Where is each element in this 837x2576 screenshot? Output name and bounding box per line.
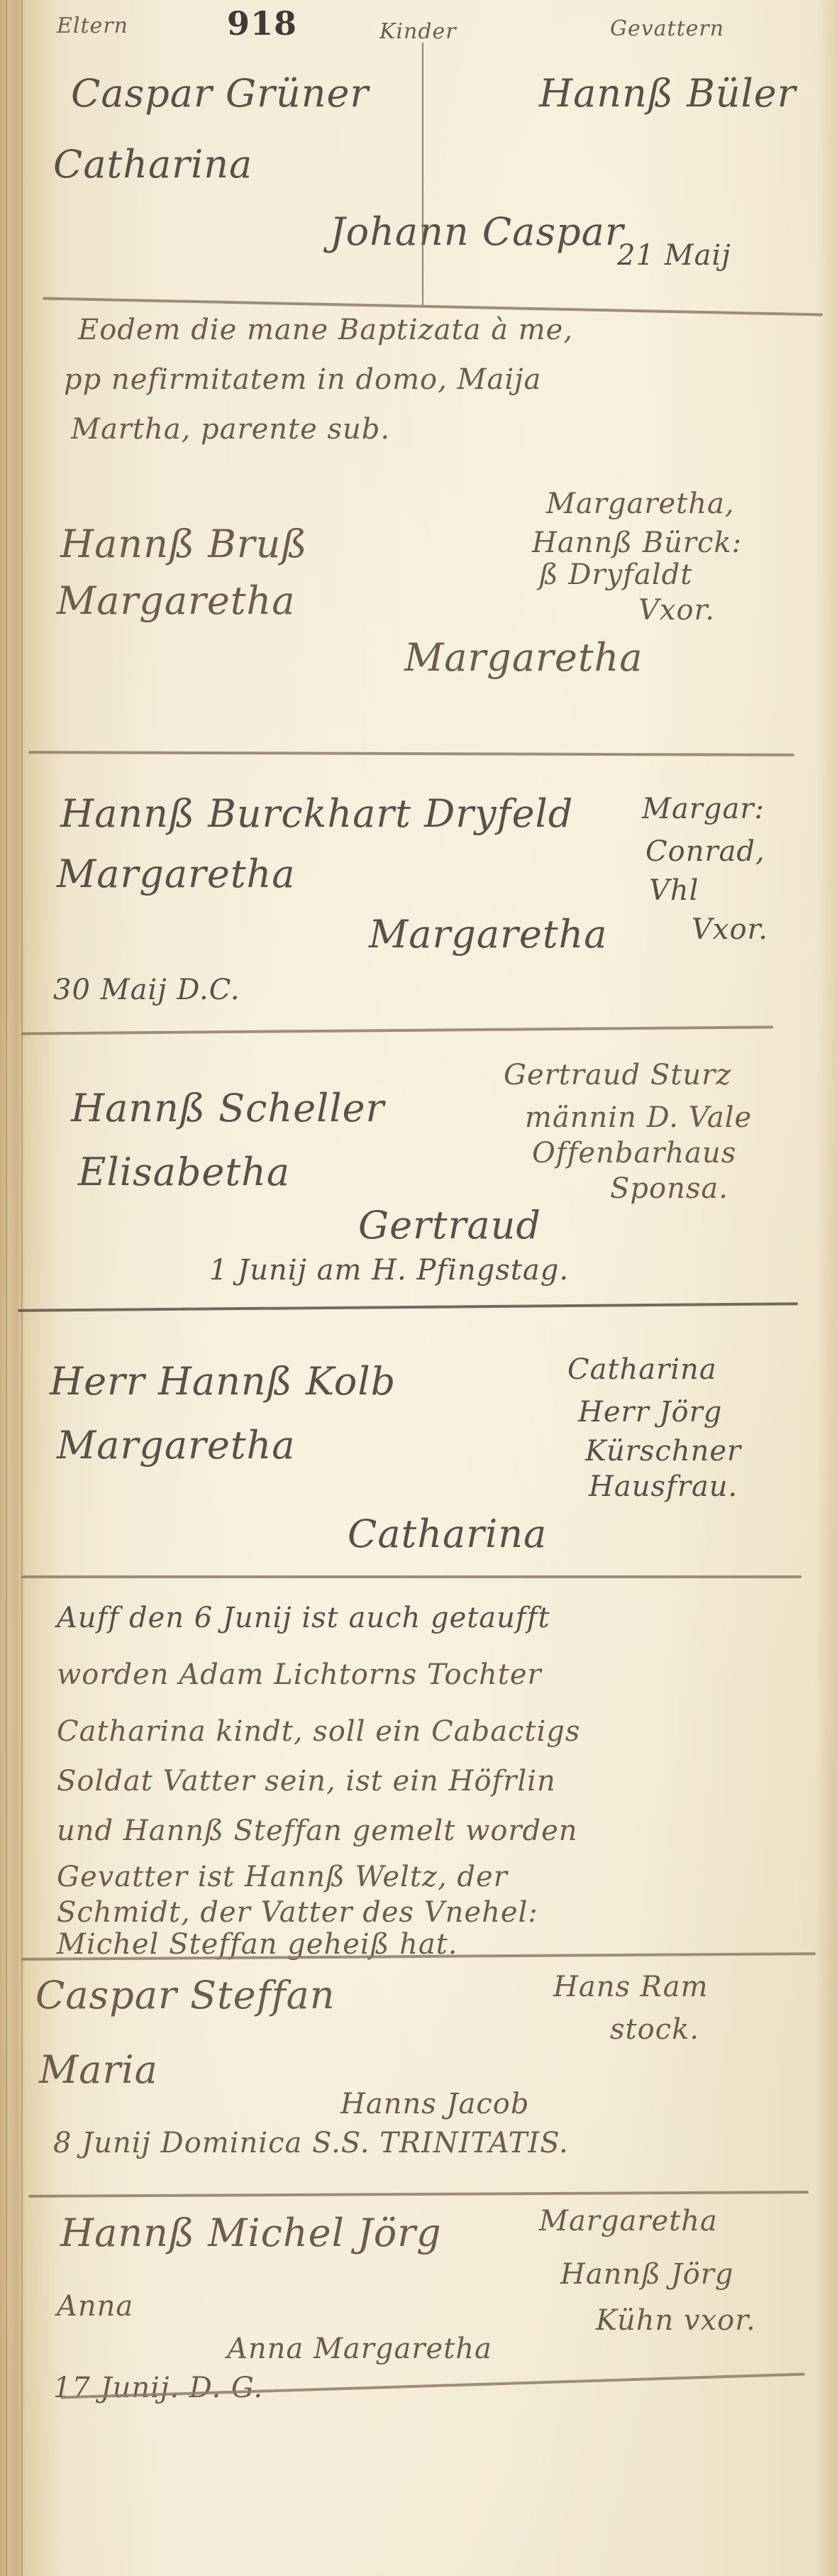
mother-name: Margaretha xyxy=(57,1426,296,1465)
mother-name: Maria xyxy=(39,2051,158,2089)
godparent-line: Gertraud Sturz xyxy=(504,1061,731,1089)
mother-name: Elisabetha xyxy=(78,1153,290,1191)
page-edge-line xyxy=(6,0,7,2576)
baptism-date: 8 Junij Dominica S.S. TRINITATIS. xyxy=(53,2129,569,2157)
baptism-date: 30 Maij D.C. xyxy=(53,976,240,1004)
note-line: Martha, parente sub. xyxy=(71,415,390,444)
godparent-name: Hannß Büler xyxy=(539,75,797,113)
father-name: Hannß Scheller xyxy=(71,1089,384,1128)
column-header-parents: Eltern xyxy=(57,16,128,37)
godparent-line: Sponsa. xyxy=(610,1174,728,1203)
mother-name: Anna xyxy=(57,2292,133,2321)
child-name: Johann Caspar xyxy=(330,213,624,251)
entry-separator xyxy=(18,1302,798,1312)
godparent-line: Hans Ram xyxy=(553,1973,709,2001)
father-name: Hannß Bruß xyxy=(60,525,307,563)
father-name: Caspar Steffan xyxy=(35,1976,336,2015)
mother-name: Margaretha xyxy=(57,582,296,620)
child-name: Catharina xyxy=(348,1515,547,1553)
column-header-children: Kinder xyxy=(379,21,457,43)
note-line: worden Adam Lichtorns Tochter xyxy=(57,1661,542,1689)
godparent-line: Hausfrau. xyxy=(589,1473,738,1501)
godparent-line: Vxor. xyxy=(638,596,715,624)
note-line: Soldat Vatter sein, ist ein Höfrlin xyxy=(57,1767,556,1795)
godparent-line: Herr Jörg xyxy=(578,1398,722,1426)
godparent-line: Hannß Jörg xyxy=(560,2260,734,2289)
divider-stroke xyxy=(422,43,423,305)
entry-separator xyxy=(28,751,794,756)
godparent-line: Hannß Bürck: xyxy=(532,529,742,557)
mother-name: Margaretha xyxy=(57,855,296,893)
father-name: Hannß Burckhart Dryfeld xyxy=(60,795,573,833)
godparent-line: Margaretha xyxy=(539,2207,718,2235)
page-number: 918 xyxy=(227,7,297,40)
father-name: Herr Hannß Kolb xyxy=(50,1363,396,1401)
godparent-line: Margaretha, xyxy=(546,490,735,518)
godparent-line: Vhl xyxy=(649,876,699,905)
godparent-line: Margar: xyxy=(642,795,765,823)
mother-name: Catharina xyxy=(53,145,253,184)
godparent-line: Catharina xyxy=(567,1355,717,1384)
register-page: Eltern 918 Kinder Gevattern Caspar Grüne… xyxy=(0,0,837,2576)
child-name: Gertraud xyxy=(358,1206,541,1245)
column-header-godparents: Gevattern xyxy=(610,18,724,40)
baptism-date: 21 Maij xyxy=(617,241,731,270)
note-line: und Hannß Steffan gemelt worden xyxy=(57,1817,578,1845)
baptism-date: 1 Junij am H. Pfingstag. xyxy=(209,1256,569,1284)
entry-separator xyxy=(21,1025,773,1035)
godparent-line: Offenbarhaus xyxy=(532,1139,736,1167)
note-line: Michel Steffan geheiß hat. xyxy=(57,1930,458,1959)
entry-separator xyxy=(28,2191,809,2198)
godparent-line: Kürschner xyxy=(585,1437,741,1465)
child-name: Margaretha xyxy=(369,915,608,954)
page-edge-line xyxy=(21,0,23,2576)
entry-separator xyxy=(21,1575,802,1578)
father-name: Caspar Grüner xyxy=(71,75,369,113)
note-line: Catharina kindt, soll ein Cabactigs xyxy=(57,1717,580,1746)
godparent-line: Kühn vxor. xyxy=(596,2306,756,2335)
child-name: Anna Margaretha xyxy=(227,2335,492,2363)
note-line: Schmidt, der Vatter des Vnehel: xyxy=(57,1898,538,1927)
note-line: Auff den 6 Junij ist auch getaufft xyxy=(57,1604,550,1632)
child-name: Hanns Jacob xyxy=(340,2090,529,2118)
child-name: Margaretha xyxy=(404,639,643,677)
note-line: Eodem die mane Baptizata à me, xyxy=(78,316,573,344)
father-name: Hannß Michel Jörg xyxy=(60,2214,442,2252)
note-line: Gevatter ist Hannß Weltz, der xyxy=(57,1863,508,1891)
godparent-line: Vxor. xyxy=(692,915,768,944)
godparent-line: männin D. Vale xyxy=(525,1103,752,1132)
godparent-line: Conrad, xyxy=(645,837,765,866)
godparent-line: ß Dryfaldt xyxy=(539,561,692,589)
godparent-line: stock. xyxy=(610,2015,699,2044)
note-line: pp nefirmitatem in domo, Maija xyxy=(64,365,541,394)
